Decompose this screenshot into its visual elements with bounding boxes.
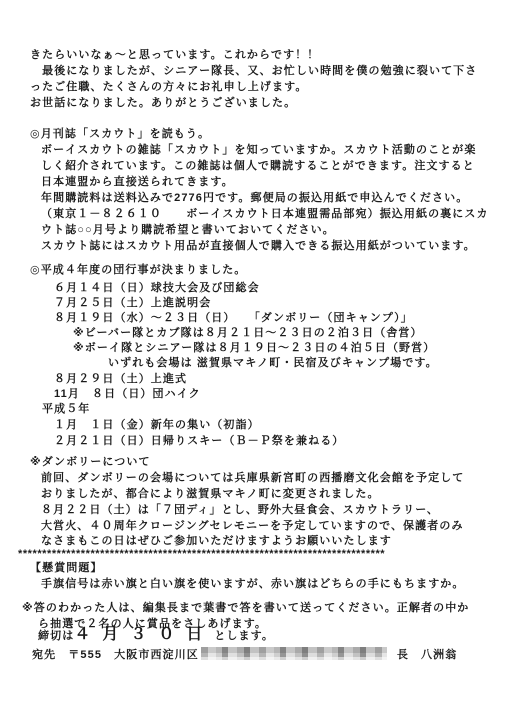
text-line: ６月１４日（日）球技大会及び団総会: [54, 281, 260, 295]
text-line: 年間購読料は送料込みで2776円です。郵便局の振込用紙で申込んでください。: [41, 191, 468, 205]
text-line: 最後になりましたが、シニアー隊長、又、お忙しい時間を僕の勉強に裂いて下さ: [30, 64, 477, 78]
text-line: ※ビーバー隊とカブ隊は８月２１日～２３日の２泊３日（舎営）: [73, 326, 423, 340]
text-line: ※答のわかった人は、編集長まで葉書で答を書いて送ってください。正解者の中か: [22, 601, 469, 615]
address-prefix: 宛先 〒555 大阪市西淀川区: [32, 649, 199, 661]
text-line: きたらいいなぁ～と思っています。これからです！！: [30, 48, 319, 62]
text-line: １月 １日（金）新年の集い（初詣）: [54, 418, 260, 432]
text-line: ◎平成４年度の団行事が決まりました。: [30, 263, 246, 277]
text-line: しく紹介されています。この雑誌は個人で購読することができます。注文すると: [41, 159, 475, 173]
deadline-line: 締切は４月３０日とします。: [38, 628, 274, 643]
text-line: ８月２９日（土）上進式: [54, 372, 187, 386]
text-line: お世話になりました。ありがとうございました。: [30, 96, 296, 110]
address-suffix: 長 八洲翁: [397, 649, 458, 661]
text-line: スカウト誌にはスカウト用品が直接個人で購入できる振込用紙がついています。: [41, 239, 476, 253]
text-line: 手旗信号は赤い旗と白い旗を使いますが、赤い旗はどちらの手にもちますか。: [41, 577, 465, 591]
deadline-date-emphasis: ４月３０日: [74, 626, 214, 643]
text-line: ２月２１日（日）日帰りスキー（Ｂ－Ｐ祭を兼ねる）: [54, 434, 344, 448]
deadline-suffix: とします。: [214, 630, 274, 642]
text-line: 日本連盟から直接送られてきます。: [41, 175, 234, 189]
scanned-newsletter-page: きたらいいなぁ～と思っています。これからです！！ 最後になりましたが、シニアー隊…: [0, 0, 506, 716]
text-line: ボーイスカウトの雑誌「スカウト」を知っていますか。スカウト活動のことが楽: [41, 143, 477, 157]
text-line: 【懸賞問題】: [30, 561, 103, 575]
deadline-prefix: 締切は: [38, 630, 74, 642]
text-line: 前回、ダンボリーの会場については兵庫県新宮町の西播磨文化会館を予定して: [41, 471, 464, 485]
text-line: なさまもこの日はぜひご参加いただけますようお願いいたします: [41, 534, 392, 548]
separator-line: ****************************************…: [18, 547, 385, 561]
text-line: ８月１９日（水）～２３日（日） 「ダンボリー（団キャンプ）」: [54, 311, 413, 325]
redacted-address-block: [201, 647, 387, 660]
text-line: ７月２５日（土）上進説明会: [54, 296, 211, 310]
text-line: ◎月刊誌「スカウト」を読もう。: [30, 127, 210, 141]
text-line: 平成５年: [42, 402, 90, 416]
text-line: おりましたが、都合により滋賀県マキノ町に変更されました。: [41, 487, 380, 501]
text-line: ウト誌○○月号より購読希望と書いておいてください。: [41, 223, 335, 237]
text-line: 大営火、４０周年クロージングセレモニーを予定していますので、保護者のみ: [41, 519, 464, 533]
mailing-address-line: 宛先 〒555 大阪市西淀川区長 八洲翁: [32, 647, 457, 662]
text-line: 11月 ８日（日）団ハイク: [54, 387, 201, 401]
text-line: ※ボーイ隊とシニアー隊は８月１９日～２３日の４泊５日（野営）: [73, 341, 435, 355]
text-line: ったご住職、たくさんの方々にお礼申し上げます。: [30, 80, 307, 94]
text-line: いずれも会場は 滋賀県マキノ町・民宿及びキャンプ場です。: [108, 356, 438, 370]
text-line: ８月２２日（土）は「７団ディ」とし、野外大昼食会、スカウトラリー、: [41, 503, 439, 517]
text-line: ※ダンボリーについて: [30, 455, 151, 469]
text-line: （東京１－８２６１０ ボーイスカウト日本連盟需品部宛）振込用紙の裏にスカ: [41, 207, 489, 221]
